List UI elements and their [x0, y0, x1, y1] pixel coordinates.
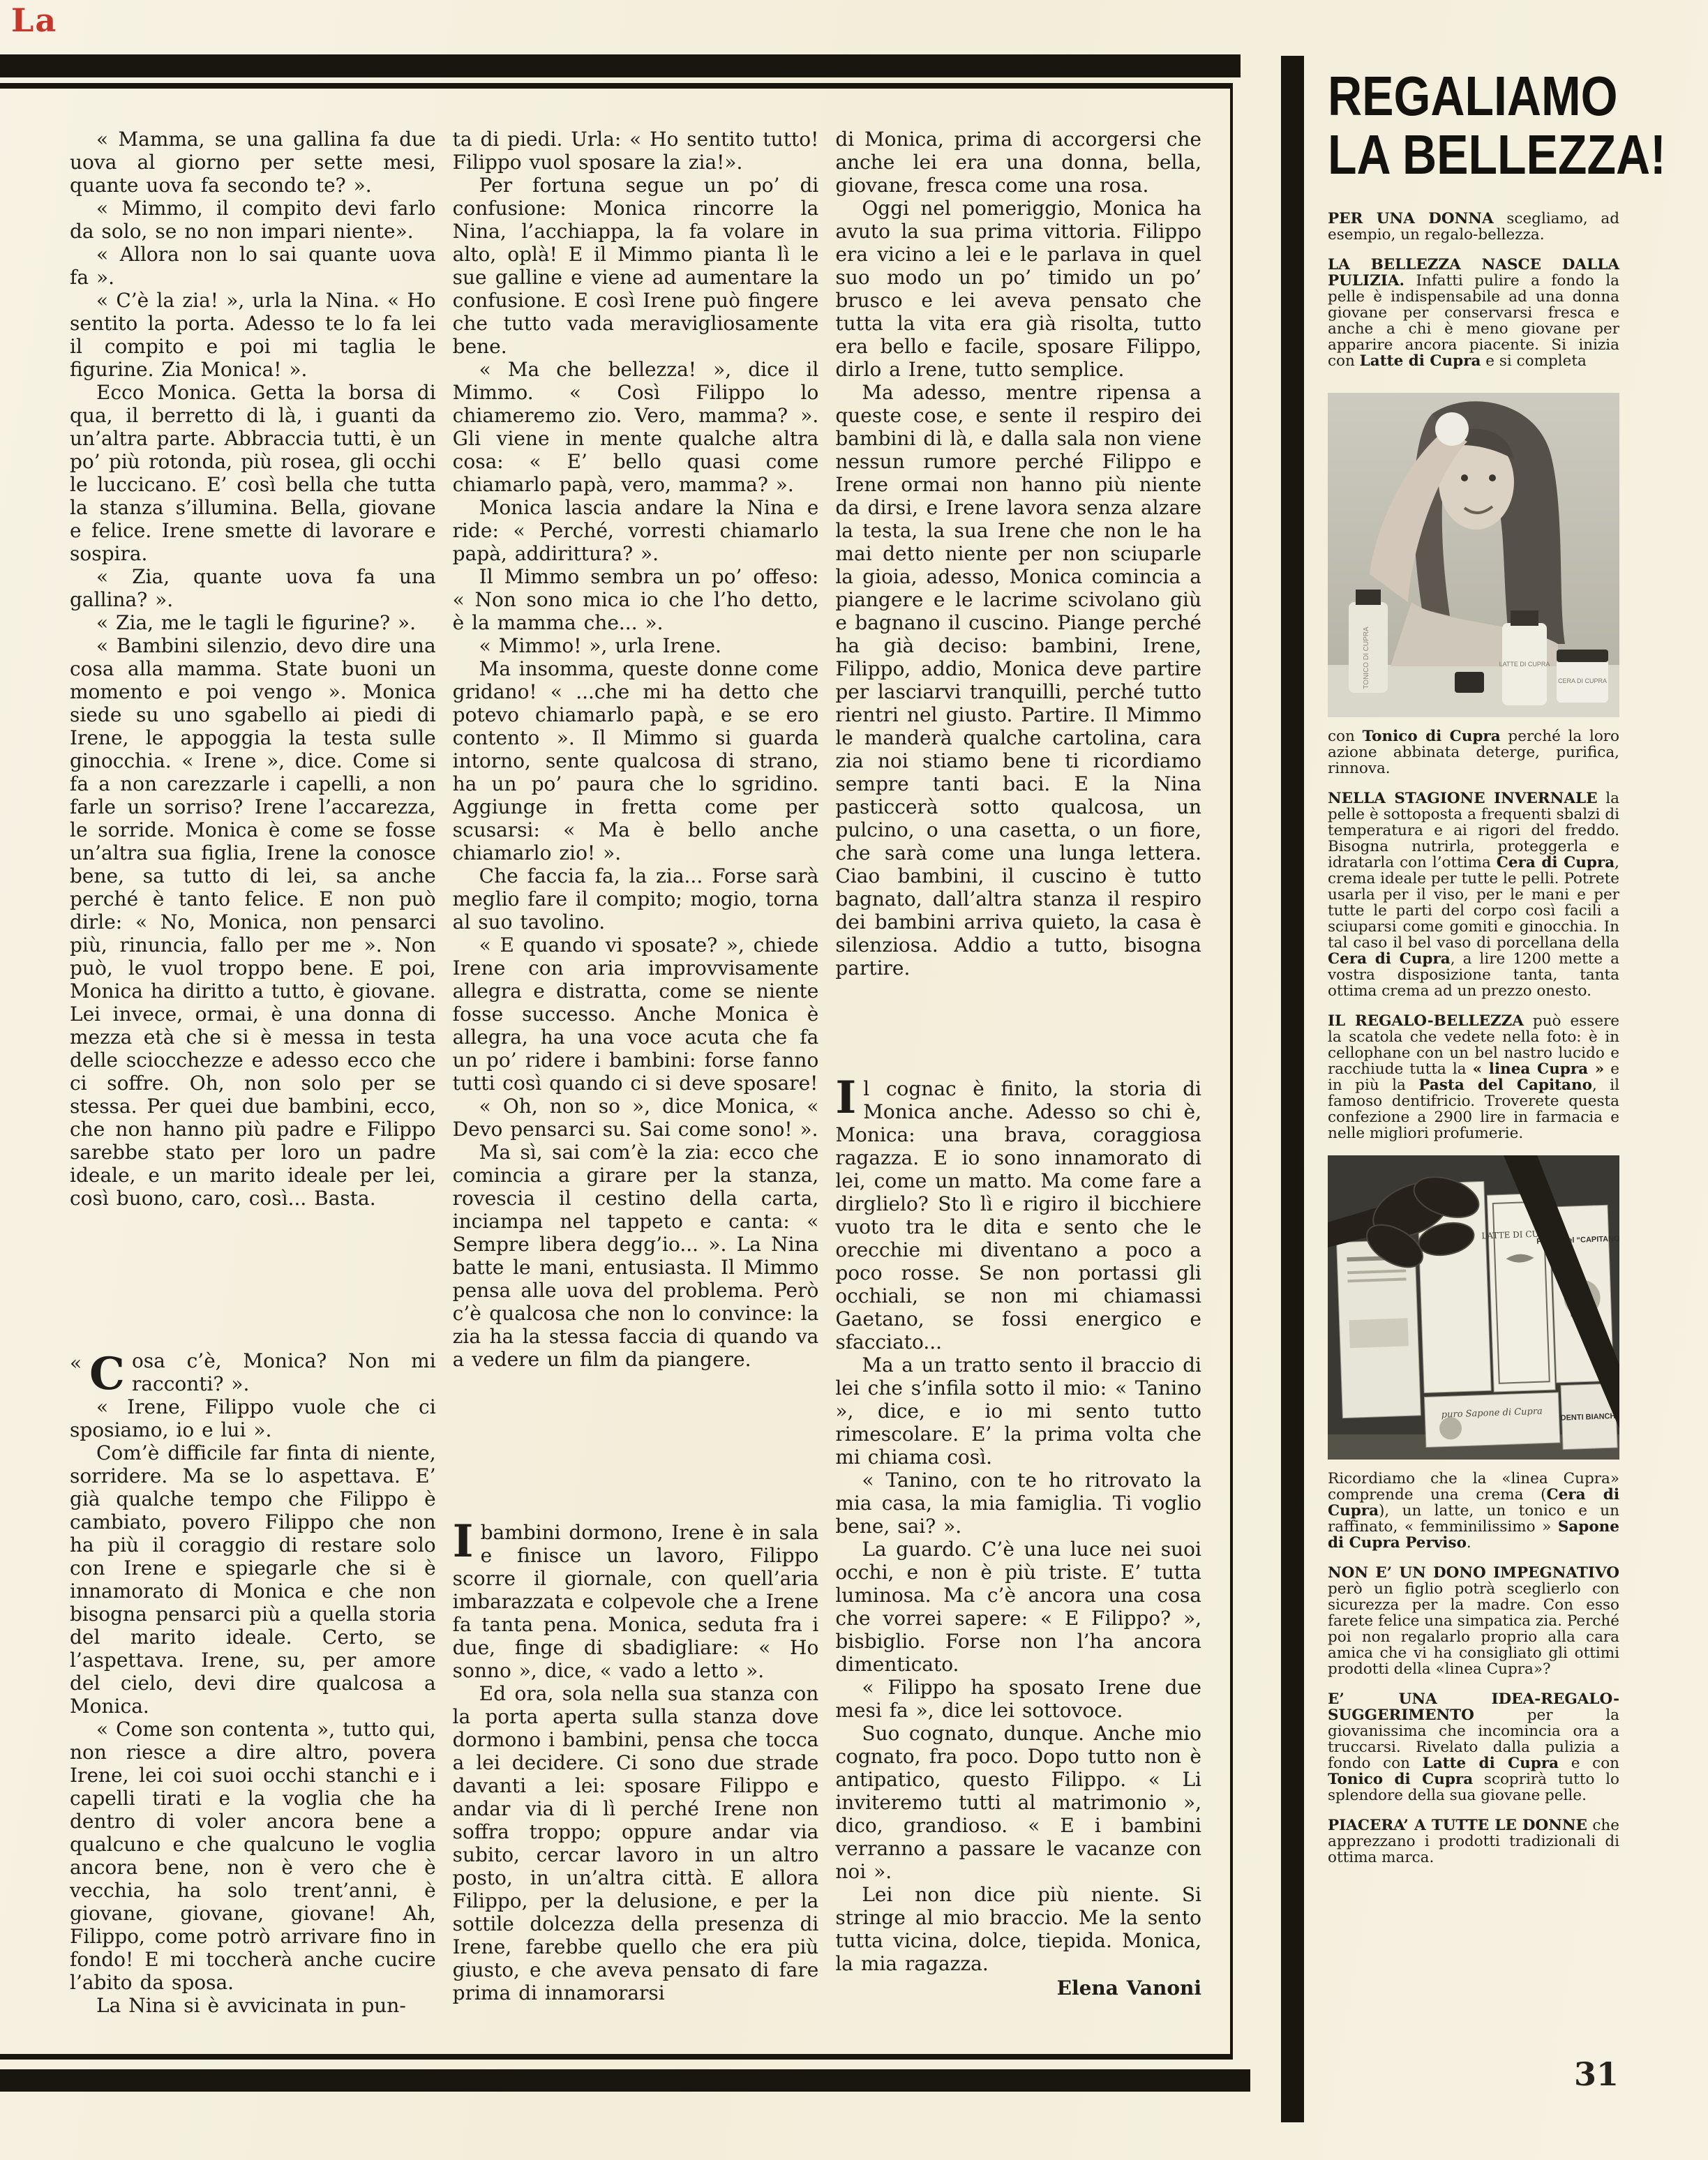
article-paragraph: « Allora non lo sai quante uova fa ».	[70, 243, 436, 289]
top-rule-thick	[0, 54, 1241, 77]
article-paragraph: Ma insomma, queste donne come gridano! «…	[453, 657, 819, 864]
article-paragraph: « Come son contenta », tutto qui, non ri…	[70, 1718, 436, 1994]
top-rule-thin	[0, 83, 1232, 89]
bold-text: Tonico di Cupra	[1363, 728, 1501, 745]
cupra-gift-box-photo: LATTE DI CUPRA PASTA del “CAPITANO” puro…	[1328, 1155, 1619, 1460]
article-paragraph: « E quando vi sposate? », chiede Irene c…	[453, 933, 819, 1095]
article-paragraph: Ma a un tratto sento il braccio di lei c…	[835, 1353, 1201, 1469]
photo1-product-label-latte: LATTE DI CUPRA	[1499, 661, 1550, 668]
drop-cap: I	[453, 1523, 474, 1561]
section-gap	[453, 1371, 819, 1521]
drop-cap: « C	[70, 1351, 125, 1394]
bold-text: Cera di Cupra	[1497, 854, 1615, 871]
article-paragraph: ta di piedi. Urla: « Ho sentito tutto! F…	[453, 128, 819, 174]
sidebar-paragraph: NELLA STAGIONE INVERNALE la pelle è sott…	[1328, 790, 1619, 999]
article-paragraph: « Tanino, con te ho ritrovato la mia cas…	[835, 1469, 1201, 1538]
article-paragraph: « Bambini silenzio, devo dire una cosa a…	[70, 634, 436, 1210]
bold-text: PER UNA DONNA	[1328, 210, 1494, 227]
article-paragraph: « Oh, non so », dice Monica, « Devo pens…	[453, 1095, 819, 1141]
sidebar-paragraph: IL REGALO-BELLEZZA può essere la scatola…	[1328, 1013, 1619, 1141]
sidebar-divider-bar	[1281, 56, 1304, 2122]
bold-text: NELLA STAGIONE INVERNALE	[1328, 790, 1598, 807]
sidebar-paragraph: PIACERA’ A TUTTE LE DONNE che apprezzano…	[1328, 1817, 1619, 1866]
text: però un figlio potrà sceglierlo con sicu…	[1328, 1580, 1619, 1678]
bottom-rule-thin	[0, 2054, 1232, 2060]
story-article: « Mamma, se una gallina fa due uova al g…	[70, 128, 1201, 2034]
bold-text: Cera di Cupra	[1328, 950, 1451, 968]
photo2-caption: Ricordiamo che la «linea Cupra» comprend…	[1328, 1471, 1619, 1551]
bottom-rule-thick	[0, 2069, 1250, 2092]
article-byline: Elena Vanoni	[835, 1977, 1201, 2000]
article-paragraph: « Ma che bellezza! », dice il Mimmo. « C…	[453, 358, 819, 496]
bold-text: Latte di Cupra	[1423, 1755, 1559, 1772]
page-number: 31	[1479, 2055, 1619, 2093]
article-paragraph: Ma adesso, mentre ripensa a queste cose,…	[835, 381, 1201, 980]
photo1-product-label-tonico: TONICO DI CUPRA	[1363, 627, 1370, 689]
article-paragraph: « Filippo ha sposato Irene due mesi fa »…	[835, 1676, 1201, 1722]
bold-text: Latte di Cupra	[1360, 352, 1481, 370]
article-paragraph: « C’è la zia! », urla la Nina. « Ho sent…	[70, 289, 436, 381]
sidebar-title-line-2: LA BELLEZZA!	[1328, 126, 1575, 184]
article-paragraph: Che faccia fa, la zia... Forse sarà megl…	[453, 864, 819, 933]
article-paragraph: Il cognac è finito, la storia di Monica …	[835, 1077, 1201, 1353]
text: .	[1467, 1534, 1471, 1552]
woman-with-cupra-products-photo: TONICO DI CUPRA LATTE DI CUPRA CERA DI C…	[1328, 393, 1619, 717]
article-paragraph: « Mamma, se una gallina fa due uova al g…	[70, 128, 436, 197]
article-paragraph: Il Mimmo sembra un po’ offeso: « Non son…	[453, 565, 819, 634]
article-paragraph: « Zia, me le tagli le figurine? ».	[70, 611, 436, 634]
sidebar-title-line-1: REGALIAMO	[1328, 67, 1575, 126]
article-paragraph: I bambini dormono, Irene è in sala e fin…	[453, 1521, 819, 1682]
article-paragraph: « Irene, Filippo vuole che ci sposiamo, …	[70, 1395, 436, 1441]
sidebar-paragraph: E’ UNA IDEA-REGALO-SUGGERIMENTO per la g…	[1328, 1691, 1619, 1803]
article-paragraph: « Cosa c’è, Monica? Non mi racconti? ».	[70, 1349, 436, 1395]
section-gap	[835, 980, 1201, 1077]
photo-illustration: TONICO DI CUPRA LATTE DI CUPRA CERA DI C…	[1328, 393, 1619, 717]
article-paragraph: Ecco Monica. Getta la borsa di qua, il b…	[70, 381, 436, 565]
article-column-1: « Mamma, se una gallina fa due uova al g…	[70, 128, 436, 2034]
sidebar-paragraph: NON E’ UN DONO IMPEGNATIVO però un figli…	[1328, 1565, 1619, 1677]
bold-text: Tonico di Cupra	[1328, 1771, 1473, 1788]
text: con	[1328, 728, 1363, 745]
article-paragraph: Ed ora, sola nella sua stanza con la por…	[453, 1682, 819, 2004]
magazine-page: La « Mamma, se una gallina fa due uova a…	[0, 0, 1708, 2160]
article-paragraph: Suo cognato, dunque. Anche mio cognato, …	[835, 1722, 1201, 1883]
sidebar-paragraph: PER UNA DONNA scegliamo, ad esempio, un …	[1328, 211, 1619, 243]
bold-text: Pasta del Capitano	[1418, 1077, 1592, 1094]
article-paragraph: Ma sì, sai com’è la zia: ecco che cominc…	[453, 1141, 819, 1371]
article-paragraph: « Mimmo! », urla Irene.	[453, 634, 819, 657]
article-column-3: di Monica, prima di accorgersi che anche…	[835, 128, 1201, 2034]
beauty-sidebar: REGALIAMO LA BELLEZZA! PER UNA DONNA sce…	[1328, 67, 1619, 1880]
photo-illustration: LATTE DI CUPRA PASTA del “CAPITANO” puro…	[1328, 1155, 1619, 1460]
bold-text: PIACERA’ A TUTTE LE DONNE	[1328, 1817, 1587, 1834]
article-paragraph: Oggi nel pomeriggio, Monica ha avuto la …	[835, 197, 1201, 381]
text: e con	[1559, 1755, 1619, 1772]
article-column-2: ta di piedi. Urla: « Ho sentito tutto! F…	[453, 128, 819, 2034]
article-paragraph: « Mimmo, il compito devi farlo da solo, …	[70, 197, 436, 243]
bold-text: « linea Cupra »	[1473, 1060, 1605, 1078]
photo1-caption: con Tonico di Cupra perché la loro azion…	[1328, 728, 1619, 777]
article-paragraph: Per fortuna segue un po’ di confusione: …	[453, 174, 819, 358]
text: e si completa	[1481, 352, 1586, 370]
article-paragraph: La Nina si è avvicinata in pun-	[70, 1994, 436, 2017]
article-paragraph: Lei non dice più niente. Si stringe al m…	[835, 1883, 1201, 1975]
page-edge-fragment: La	[11, 1, 57, 39]
bold-text: NON E’ UN DONO IMPEGNATIVO	[1328, 1564, 1619, 1582]
article-right-border	[1230, 83, 1233, 2060]
sidebar-paragraph: LA BELLEZZA NASCE DALLA PULIZIA. Infatti…	[1328, 257, 1619, 369]
article-paragraph: Com’è difficile far finta di niente, sor…	[70, 1441, 436, 1718]
photo1-product-label-cera: CERA DI CUPRA	[1558, 677, 1607, 684]
bold-text: IL REGALO-BELLEZZA	[1328, 1012, 1524, 1030]
article-paragraph: « Zia, quante uova fa una gallina? ».	[70, 565, 436, 611]
drop-cap: I	[835, 1079, 856, 1118]
sidebar-title: REGALIAMO LA BELLEZZA!	[1328, 67, 1575, 184]
article-paragraph: di Monica, prima di accorgersi che anche…	[835, 128, 1201, 197]
article-paragraph: Monica lascia andare la Nina e ride: « P…	[453, 496, 819, 565]
article-paragraph: La guardo. C’è una luce nei suoi occhi, …	[835, 1538, 1201, 1676]
section-gap	[70, 1210, 436, 1349]
